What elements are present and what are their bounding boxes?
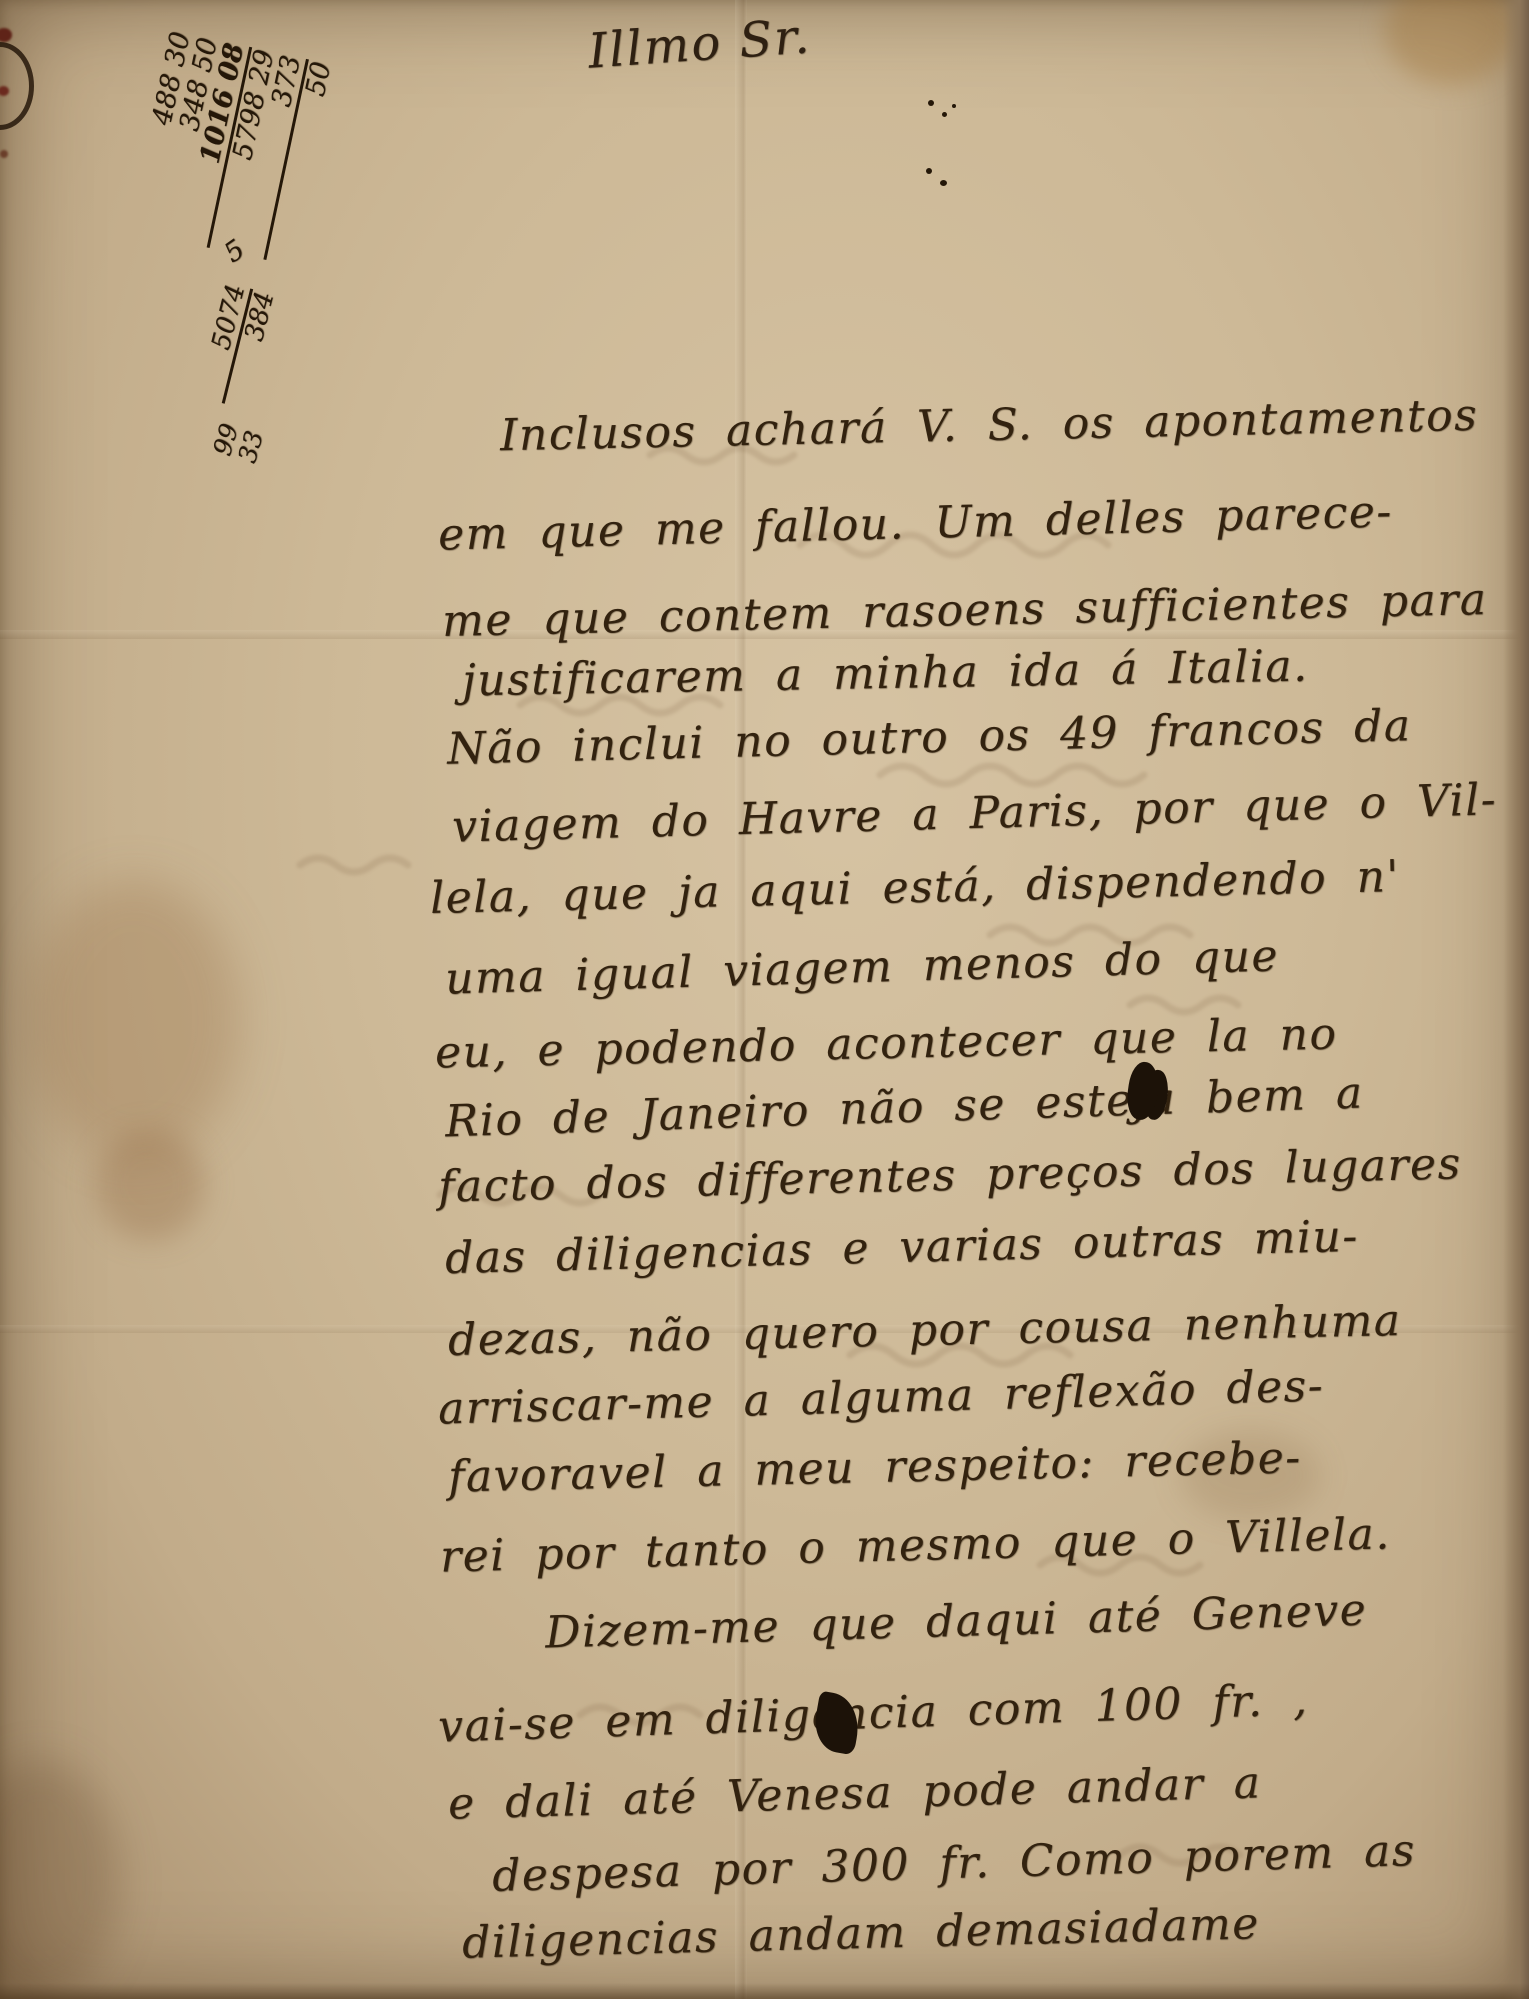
ink-dot [940, 180, 947, 186]
letter-line-5: Não inclui no outro os 49 francos da [447, 700, 1413, 775]
letter-line-18: vai-se em diligencia com 100 fr. , [437, 1674, 1309, 1752]
margin-calculation: 5074 384 [196, 282, 279, 410]
letter-line-16: rei por tanto o mesmo que o Villela. [440, 1508, 1392, 1582]
letter-line-3: me que contem rasoens sufficientes para [442, 574, 1488, 647]
manuscript-page: Illmo Sr. 488 30 348 50 1016 08 5798 29 … [0, 0, 1529, 1999]
margin-calculation: 488 30 348 50 1016 08 5798 29 373 50 [125, 30, 335, 266]
letter-line-1: Inclusos achará V. S. os apontamentos [500, 390, 1479, 461]
letter-line-19: e dali até Venesa pode andar a [447, 1757, 1262, 1829]
ink-spot [0, 86, 9, 96]
edge-pen-mark [0, 42, 34, 130]
letter-line-10: Rio de Janeiro não se esteja bem a [444, 1068, 1364, 1148]
letter-line-21: diligencias andam demasiadame [461, 1898, 1260, 1968]
margin-calculation: 99 33 [199, 421, 267, 502]
ink-spot [0, 28, 12, 42]
letter-line-11: facto dos differentes preços dos lugares [438, 1138, 1463, 1212]
paper-stain [30, 880, 240, 1160]
letter-line-20: despesa por 300 fr. Como porem as [491, 1825, 1416, 1902]
paper-stain [95, 1130, 205, 1240]
letter-line-13: dezas, não quero por cousa nenhuma [448, 1295, 1402, 1366]
ink-dot [926, 168, 932, 174]
ink-dot [942, 112, 947, 117]
letter-line-4: justificarem a minha ida á Italia. [462, 641, 1309, 707]
paper-edge [1503, 0, 1529, 1999]
letter-line-8: uma igual viagem menos do que [444, 930, 1279, 1004]
letter-line-6: viagem do Havre a Paris, por que o Vil- [452, 774, 1498, 852]
letter-line-12: das diligencias e varias outras miu- [445, 1211, 1360, 1284]
letter-line-9: eu, e podendo acontecer que la no [435, 1009, 1338, 1079]
letter-line-7: lela, que ja aqui está, dispendendo n' [430, 851, 1401, 924]
ink-dot [952, 104, 956, 108]
paper-edge [0, 1983, 1529, 1999]
ink-spot [0, 150, 8, 158]
letter-line-15: favoravel a meu respeito: recebe- [448, 1432, 1303, 1502]
letter-line-14: arriscar-me a alguma reflexão des- [437, 1360, 1324, 1434]
salutation: Illmo Sr. [586, 8, 813, 79]
paper-stain [1385, 0, 1515, 85]
paper-stain [0, 1760, 120, 1999]
ink-dot [928, 100, 934, 106]
letter-line-2: em que me fallou. Um delles parece- [438, 486, 1394, 560]
letter-line-17: Dizem-me que daqui até Geneve [544, 1585, 1367, 1659]
